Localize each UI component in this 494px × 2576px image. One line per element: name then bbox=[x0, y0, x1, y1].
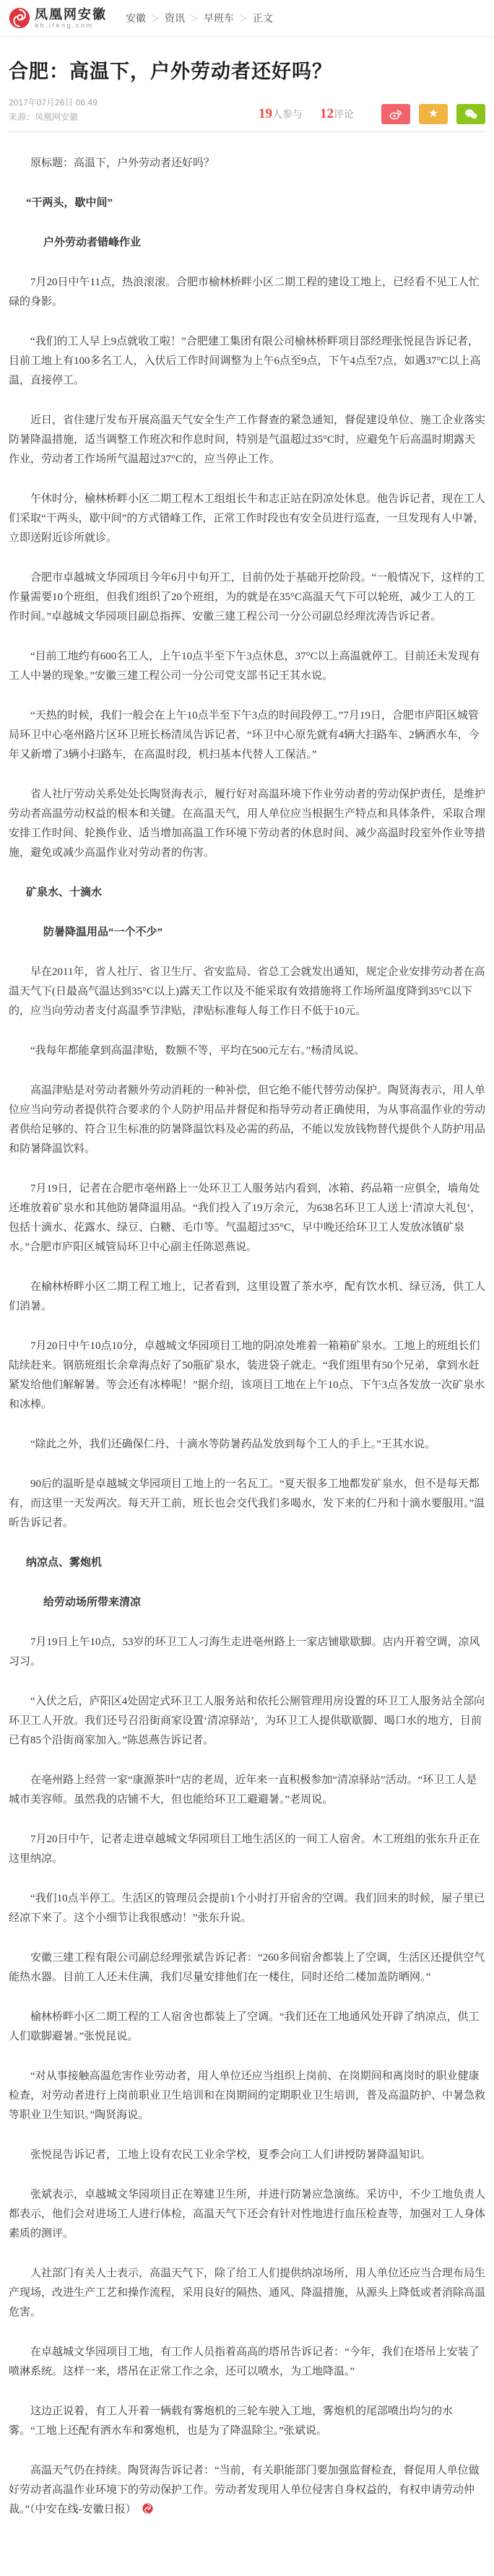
weibo-share-button[interactable] bbox=[381, 104, 410, 124]
breadcrumb-item-安徽[interactable]: 安徽 bbox=[126, 12, 146, 24]
article-paragraph: “除此之外，我们还确保仁丹、十滴水等防暑药品发放到每个工人的手上。”王其水说。 bbox=[9, 1435, 485, 1454]
article-page: 合肥：高温下，户外劳动者还好吗？ 2017年07月26日 06:49 来源：凤凰… bbox=[0, 56, 494, 2576]
article-paragraph: 在卓越城文华园项目工地，有工作人员指着高高的塔吊告诉记者：“今年，我们在塔吊上安… bbox=[9, 2343, 485, 2382]
article-subheading: 矿泉水、十滴水 bbox=[9, 883, 485, 903]
page-title: 合肥：高温下，户外劳动者还好吗？ bbox=[9, 56, 485, 84]
article-paragraph: 7月19日，记者在合肥市亳州路上一处环卫工人服务站内看到，冰箱、药品箱一应俱全，… bbox=[9, 1179, 485, 1257]
article-paragraph: 原标题：高温下，户外劳动者还好吗？ bbox=[9, 154, 485, 173]
article-subheading: 防暑降温用品“一个不少” bbox=[9, 923, 485, 942]
article-paragraph: 安徽三建工程有限公司副总经理张斌告诉记者：“260多间宿舍都装上了空调，生活区还… bbox=[9, 1948, 485, 1987]
meta-actions: 19人参与 12评论 ★ bbox=[241, 104, 485, 124]
article-paragraph: 7月20日中午11点，热浪滚滚。合肥市榆林桥畔小区二期工程的建设工地上，已经看不… bbox=[9, 273, 485, 312]
article-paragraph: “对从事接触高温危害作业劳动者，用人单位还应当组织上岗前、在岗期间和离岗时的职业… bbox=[9, 2067, 485, 2125]
article-paragraph: 在亳州路上经营一家“康源茶叶”店的老周，近年来一直积极参加“清凉驿站”活动。“环… bbox=[9, 1771, 485, 1810]
meta-bar: 2017年07月26日 06:49 来源：凤凰网安徽 19人参与 12评论 bbox=[9, 95, 485, 132]
logo-text: 凤凰网安徽 ah.ifeng.com bbox=[35, 8, 107, 29]
site-url: ah.ifeng.com bbox=[35, 22, 107, 29]
phoenix-logo-icon bbox=[9, 7, 30, 29]
article-paragraph: “我每年都能拿到高温津贴，数额不等，平均在500元左右。”杨清凤说。 bbox=[9, 1041, 485, 1061]
article-paragraph: “入伏之后，庐阳区4处固定式环卫工人服务站和依托公厕管理用房设置的环卫工人服务站… bbox=[9, 1692, 485, 1751]
publish-date: 2017年07月26日 06:49 bbox=[9, 95, 97, 110]
share-buttons: ★ bbox=[373, 104, 485, 124]
article-subheading: 给劳动场所带来清凉 bbox=[9, 1593, 485, 1613]
participants-stat[interactable]: 19人参与 bbox=[259, 106, 303, 122]
article-paragraph: 合肥市卓越城文华园项目今年6月中旬开工，目前仍处于基础开挖阶段。“一般情况下，这… bbox=[9, 568, 485, 627]
breadcrumb-item-资讯[interactable]: 资讯 bbox=[165, 12, 185, 24]
site-header: 凤凰网安徽 ah.ifeng.com 安徽＞资讯＞早班车＞正文 bbox=[0, 0, 494, 37]
article-body: 原标题：高温下，户外劳动者还好吗？“干两头，歇中间”户外劳动者错峰作业7月20日… bbox=[9, 154, 485, 2520]
article-end-phoenix-icon bbox=[142, 2503, 153, 2514]
weibo-icon bbox=[389, 107, 403, 121]
participants-label: 人参与 bbox=[272, 108, 303, 120]
article-paragraph: 近日，省住建厅发布开展高温天气安全生产工作督查的紧急通知，督促建设单位、施工企业… bbox=[9, 411, 485, 469]
wechat-share-button[interactable] bbox=[456, 104, 485, 124]
site-logo[interactable]: 凤凰网安徽 ah.ifeng.com bbox=[9, 7, 107, 29]
article-subheading: 纳凉点、雾炮机 bbox=[9, 1553, 485, 1573]
article-paragraph: 在榆林桥畔小区二期工程工地上，记者看到，这里设置了茶水亭，配有饮水机、绿豆汤，供… bbox=[9, 1278, 485, 1317]
article-paragraph: 7月20日中午，记者走进卓越城文华园项目工地生活区的一间工人宿舍。木工班组的张东… bbox=[9, 1830, 485, 1869]
article-paragraph: 午休时分，榆林桥畔小区二期工程木工组组长牛和志正站在阴凉处休息。他告诉记者，现在… bbox=[9, 490, 485, 548]
wechat-icon bbox=[464, 107, 478, 121]
article-paragraph: 90后的温昕是卓越城文华园项目工地上的一名瓦工。“夏天很多工地都发矿泉水，但不是… bbox=[9, 1475, 485, 1533]
breadcrumb-separator: ＞ bbox=[185, 14, 204, 24]
article-paragraph: 高温天气仍在持续。陶贤海告诉记者：“当前，有关职能部门要加强监督检查，督促用人单… bbox=[9, 2461, 485, 2520]
article-paragraph: 早在2011年，省人社厅、省卫生厅、省安监局、省总工会就发出通知，规定企业安排劳… bbox=[9, 963, 485, 1021]
comments-stat[interactable]: 12评论 bbox=[320, 106, 354, 122]
article-paragraph: 7月20日中午10点10分，卓越城文华园项目工地的阴凉处堆着一箱箱矿泉水。工地上… bbox=[9, 1337, 485, 1415]
article-paragraph: 这边正说着，有工人开着一辆载有雾炮机的三轮车驶入工地，雾炮机的尾部喷出均匀的水雾… bbox=[9, 2402, 485, 2441]
article-paragraph: 7月19日上午10点，53岁的环卫工人刁海生走进亳州路上一家店铺歇歇脚。店内开着… bbox=[9, 1633, 485, 1672]
article-source: 来源：凤凰网安徽 bbox=[9, 110, 97, 124]
breadcrumb-item-正文: 正文 bbox=[253, 12, 273, 24]
article-paragraph: 省人社厅劳动关系处处长陶贤海表示，履行好对高温环境下作业劳动者的劳动保护责任，是… bbox=[9, 785, 485, 863]
comments-count: 12 bbox=[320, 106, 334, 121]
article-paragraph: 张斌表示，卓越城文华园项目正在筹建卫生所，并进行防暑应急演练。采访中，不少工地负… bbox=[9, 2185, 485, 2244]
article-paragraph: 榆林桥畔小区二期工程的工人宿舍也都装上了空调。“我们还在工地通风处开辟了纳凉点，… bbox=[9, 2008, 485, 2047]
article-paragraph: 人社部门有关人士表示，高温天气下，除了给工人们提供纳凉场所，用人单位还应当合理布… bbox=[9, 2264, 485, 2323]
article-paragraph: “我们10点半停工。生活区的管理员会提前1个小时打开宿舍的空调。我们回来的时候，… bbox=[9, 1889, 485, 1928]
participants-count: 19 bbox=[259, 106, 272, 121]
star-icon: ★ bbox=[428, 108, 438, 120]
article-meta: 2017年07月26日 06:49 来源：凤凰网安徽 bbox=[9, 95, 97, 124]
article-paragraph: “目前工地约有600名工人，上午10点半至下午3点休息，37°C以上高温就停工。… bbox=[9, 647, 485, 686]
article-paragraph: “我们的工人早上9点就收工啦！”合肥建工集团有限公司榆林桥畔项目部经理张悦昆告诉… bbox=[9, 332, 485, 391]
article-subheading: “干两头，歇中间” bbox=[9, 194, 485, 213]
favorite-share-button[interactable]: ★ bbox=[419, 104, 448, 124]
breadcrumb-separator: ＞ bbox=[234, 14, 253, 24]
breadcrumb: 安徽＞资讯＞早班车＞正文 bbox=[126, 11, 273, 25]
breadcrumb-item-早班车[interactable]: 早班车 bbox=[204, 12, 234, 24]
site-name: 凤凰网安徽 bbox=[35, 8, 107, 21]
article-paragraph: “天热的时候，我们一般会在上午10点半至下午3点的时间段停工。”7月19日，合肥… bbox=[9, 706, 485, 765]
article-stats: 19人参与 12评论 bbox=[241, 106, 354, 122]
article-paragraph: 张悦昆告诉记者，工地上设有农民工业余学校，夏季会向工人们讲授防暑降温知识。 bbox=[9, 2146, 485, 2165]
article-subheading: 户外劳动者错峰作业 bbox=[9, 233, 485, 253]
breadcrumb-separator: ＞ bbox=[146, 14, 165, 24]
article-paragraph: 高温津贴是对劳动者额外劳动消耗的一种补偿，但它绝不能代替劳动保护。陶贤海表示，用… bbox=[9, 1081, 485, 1159]
comments-label: 评论 bbox=[334, 108, 354, 120]
